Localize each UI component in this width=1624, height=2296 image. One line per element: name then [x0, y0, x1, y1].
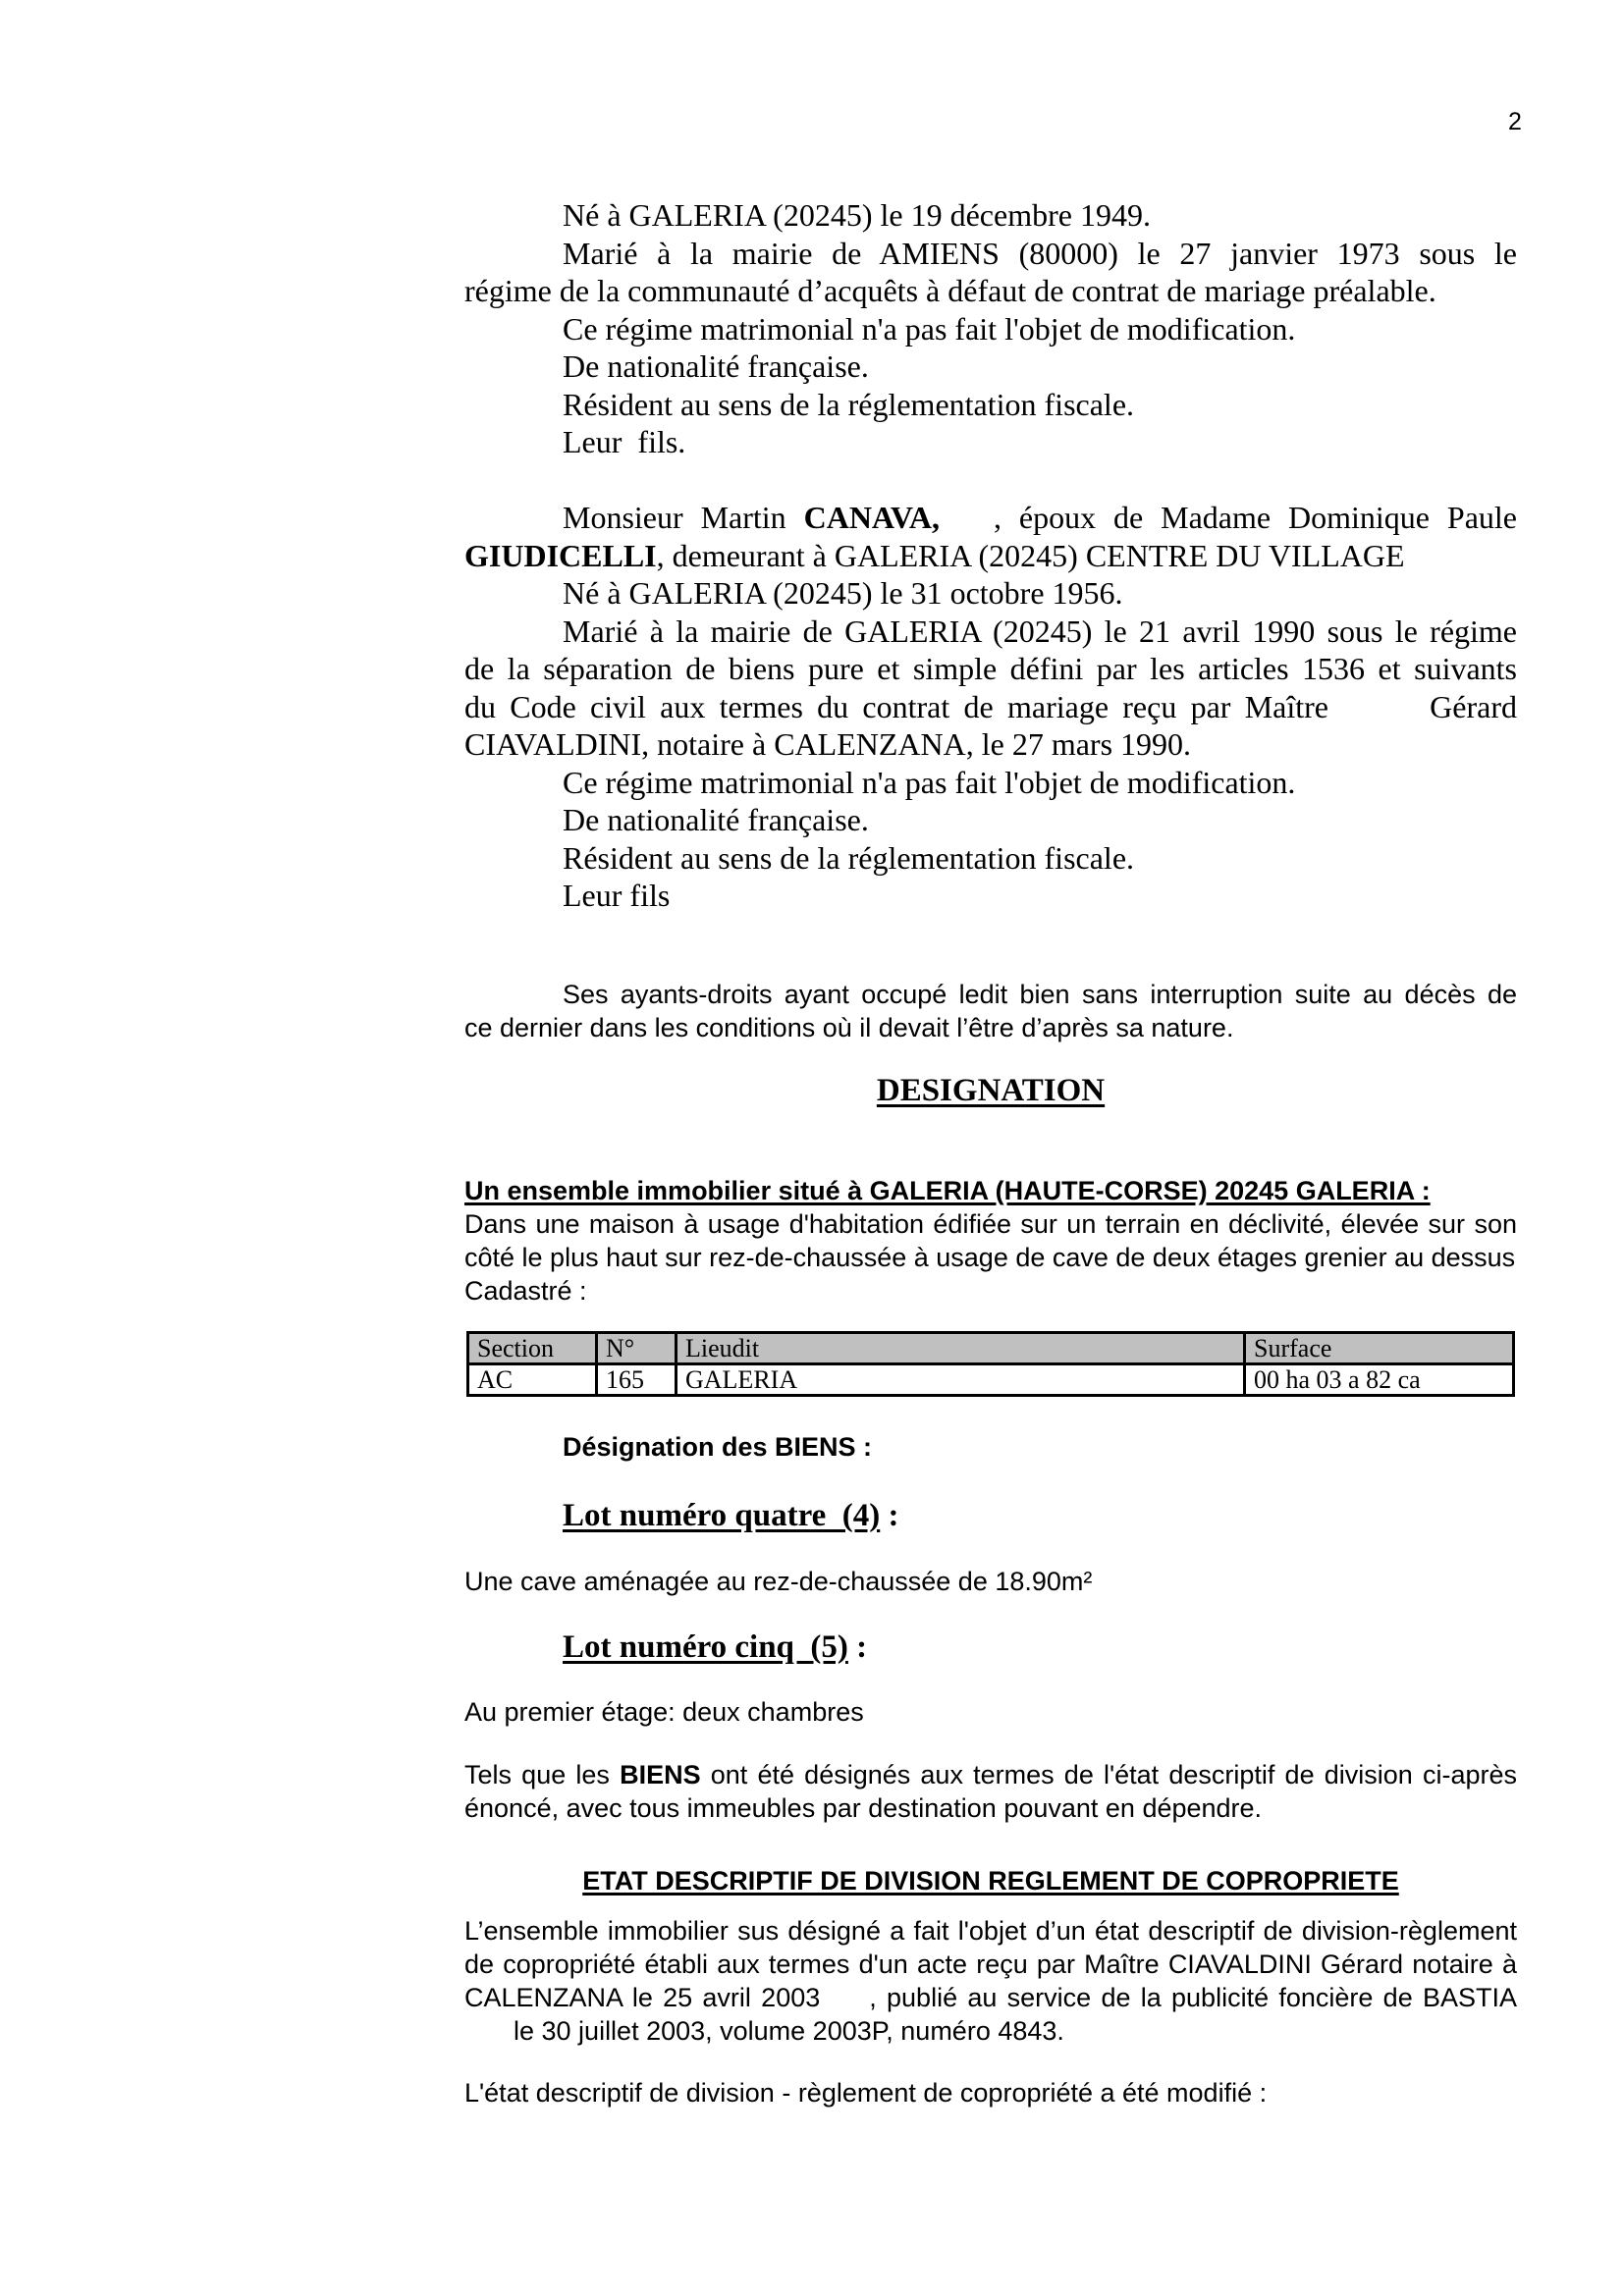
cadastre-label: Cadastré :: [464, 1274, 1517, 1308]
etat-para-b: , publié au service de la publicité fonc…: [869, 1983, 1517, 2012]
person2-spouse-line: GIUDICELLI, demeurant à GALERIA (20245) …: [464, 537, 1517, 575]
cadastre-table: Section N° Lieudit Surface AC 165 GALERI…: [466, 1331, 1515, 1397]
lot-5-title-line: Lot numéro cinq (5) :: [464, 1629, 1517, 1666]
person1-married-line2: régime de la communauté d’acquêts à défa…: [464, 272, 1517, 310]
biens-heading-wrap: Désignation des BIENS :: [464, 1432, 1517, 1463]
designation-heading: DESIGNATION: [877, 1073, 1105, 1108]
document-page: 2 Né à GALERIA (20245) le 19 décembre 19…: [0, 0, 1624, 2296]
designation-heading-wrap: DESIGNATION: [464, 1073, 1517, 1109]
lot-4: Lot numéro quatre (4) :: [464, 1498, 1517, 1534]
person2-nationality: De nationalité française.: [464, 801, 1517, 839]
person1-married-line1: Marié à la mairie de AMIENS (80000) le 2…: [464, 235, 1517, 273]
biens-heading: Désignation des BIENS :: [464, 1432, 1517, 1463]
etat-descriptif-heading: ETAT DESCRIPTIF DE DIVISION REGLEMENT DE…: [582, 1866, 1399, 1896]
person2-address: , demeurant à GALERIA (20245) CENTRE DU …: [657, 538, 1405, 573]
table-row: AC 165 GALERIA 00 ha 03 a 82 ca: [468, 1364, 1514, 1396]
person1-born: Né à GALERIA (20245) le 19 décembre 1949…: [464, 196, 1517, 235]
person1-relation: Leur fils.: [464, 423, 1517, 461]
ensemble-heading: Un ensemble immobilier situé à GALERIA (…: [464, 1174, 1517, 1207]
etat-paragraph: L’ensemble immobilier sus désigné a fait…: [464, 1914, 1517, 2048]
biens-bold: BIENS: [620, 1760, 701, 1789]
ayants-droits-paragraph: Ses ayants-droits ayant occupé ledit bie…: [464, 978, 1517, 1044]
ayants-droits-line2: ce dernier dans les conditions où il dev…: [464, 1011, 1517, 1044]
person2-born: Né à GALERIA (20245) le 31 octobre 1956.: [464, 574, 1517, 613]
person2-married-line1: Marié à la mairie de GALERIA (20245) le …: [464, 613, 1517, 651]
person1-nationality: De nationalité française.: [464, 347, 1517, 386]
person2-married-line4: CIAVALDINI, notaire à CALENZANA, le 27 m…: [464, 725, 1517, 764]
person2-married-line3: du Code civil aux termes du contrat de m…: [464, 688, 1517, 726]
tels-paragraph: Tels que les BIENS ont été désignés aux …: [464, 1758, 1517, 1825]
person2-intro: Monsieur Martin CANAVA,, époux de Madame…: [464, 499, 1517, 537]
etat-modified: L'état descriptif de division - règlemen…: [464, 2076, 1517, 2109]
lot-4-title-line: Lot numéro quatre (4) :: [464, 1498, 1517, 1534]
lot-4-description: Une cave aménagée au rez-de-chaussée de …: [464, 1565, 1517, 1598]
lot-5-description: Au premier étage: deux chambres: [464, 1695, 1517, 1729]
ayants-droits-line1: Ses ayants-droits ayant occupé ledit bie…: [464, 978, 1517, 1011]
header-section: Section: [468, 1333, 597, 1364]
etat-heading-wrap: ETAT DESCRIPTIF DE DIVISION REGLEMENT DE…: [464, 1866, 1517, 1896]
person2-intro-pre: Monsieur Martin: [563, 500, 804, 535]
etat-modified-wrap: L'état descriptif de division - règlemen…: [464, 2076, 1517, 2109]
header-lieudit: Lieudit: [677, 1333, 1245, 1364]
cell-section: AC: [468, 1364, 597, 1396]
person2-regime: Ce régime matrimonial n'a pas fait l'obj…: [464, 764, 1517, 802]
cadastre-header-row: Section N° Lieudit Surface: [468, 1333, 1514, 1364]
person2-relation: Leur fils: [464, 877, 1517, 915]
lot-4-description-wrap: Une cave aménagée au rez-de-chaussée de …: [464, 1565, 1517, 1598]
lot-5-title: Lot numéro cinq (5): [563, 1629, 848, 1665]
person2-intro-post: , époux de Madame Dominique Paule: [994, 500, 1517, 535]
ensemble-description: Dans une maison à usage d'habitation édi…: [464, 1207, 1517, 1274]
etat-para-c: le 30 juillet 2003, volume 2003P, numéro…: [514, 2016, 1064, 2046]
page-number: 2: [1508, 108, 1522, 136]
person2-married-line2: de la séparation de biens pure et simple…: [464, 650, 1517, 688]
person1-block: Né à GALERIA (20245) le 19 décembre 1949…: [464, 196, 1517, 461]
header-numero: N°: [597, 1333, 677, 1364]
person1-regime: Ce régime matrimonial n'a pas fait l'obj…: [464, 310, 1517, 348]
lot-4-title: Lot numéro quatre (4): [563, 1498, 880, 1533]
header-surface: Surface: [1245, 1333, 1514, 1364]
ensemble-block: Un ensemble immobilier situé à GALERIA (…: [464, 1174, 1517, 1308]
cell-numero: 165: [597, 1364, 677, 1396]
person1-resident: Résident au sens de la réglementation fi…: [464, 386, 1517, 424]
person2-name: CANAVA,: [804, 500, 940, 535]
person2-block: Monsieur Martin CANAVA,, époux de Madame…: [464, 499, 1517, 915]
person2-resident: Résident au sens de la réglementation fi…: [464, 839, 1517, 878]
lot-5-description-wrap: Au premier étage: deux chambres: [464, 1695, 1517, 1729]
cell-lieudit: GALERIA: [677, 1364, 1245, 1396]
spouse-name: GIUDICELLI: [464, 538, 657, 573]
cell-surface: 00 ha 03 a 82 ca: [1245, 1364, 1514, 1396]
lot-5: Lot numéro cinq (5) :: [464, 1629, 1517, 1666]
